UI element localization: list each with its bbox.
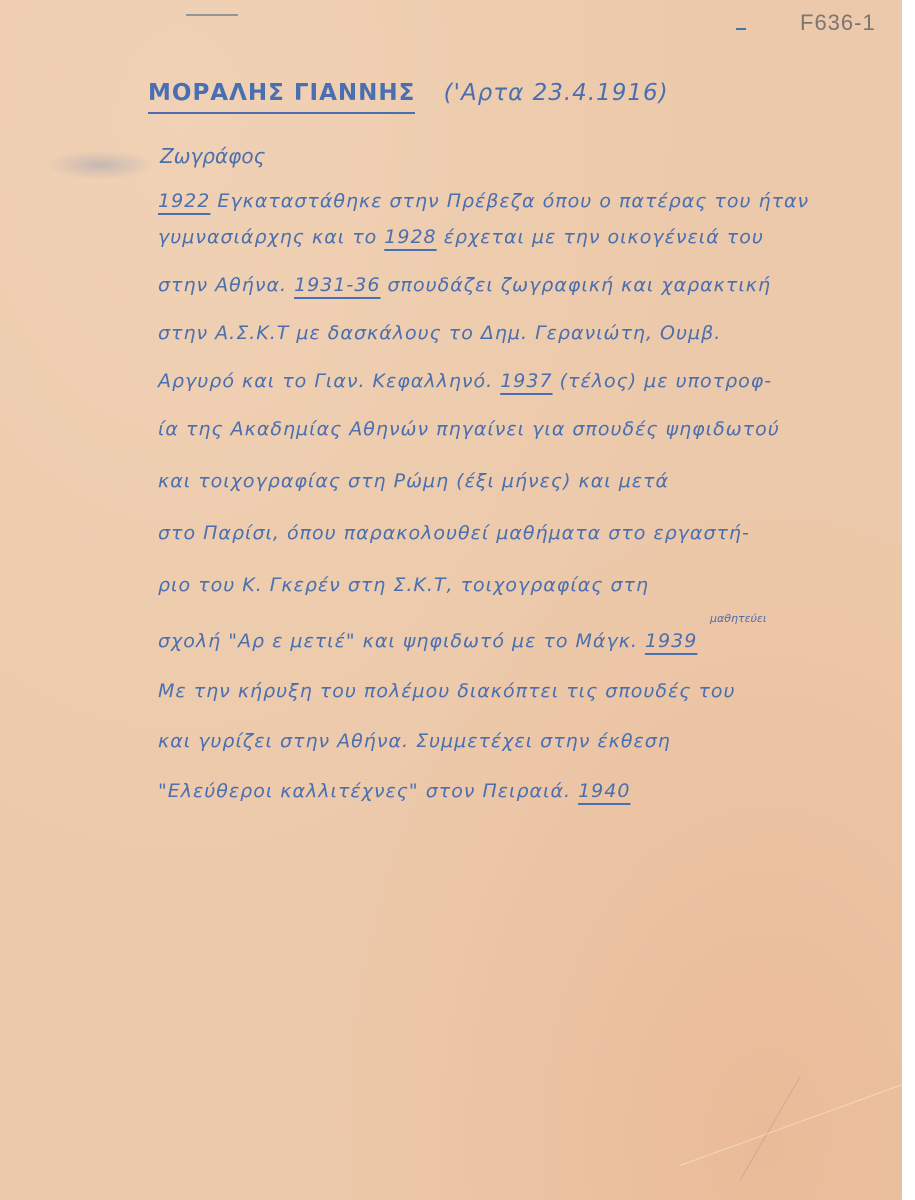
birth-info: ('Αρτα 23.4.1916) <box>444 80 669 106</box>
text-line-11: Με την κήρυξη του πολέμου διακόπτει τις … <box>158 680 736 702</box>
insertion-note: μαθητεύει <box>710 612 767 625</box>
line-text: και τοιχογραφίας στη Ρώμη (έξι μήνες) κα… <box>158 470 669 492</box>
year-marker: 1940 <box>578 780 630 802</box>
pencil-stroke-mark <box>186 14 238 16</box>
year-marker: 1922 <box>158 190 210 212</box>
line-text: Αργυρό και το Γιαν. Κεφαλληνό. <box>158 370 500 392</box>
line-text: σχολή "Αρ ε μετιέ" και ψηφιδωτό με το Μά… <box>158 630 645 652</box>
line-text: γυμνασιάρχης και το <box>158 226 384 248</box>
year-marker: 1939 <box>645 630 697 652</box>
line-text: στην Αθήνα. <box>158 274 294 296</box>
text-line-1: 1922 Εγκαταστάθηκε στην Πρέβεζα όπου ο π… <box>158 190 809 212</box>
line-text: Εγκαταστάθηκε στην Πρέβεζα όπου ο πατέρα… <box>210 190 809 212</box>
document-header: ΜΟΡΑΛΗΣ ΓΙΑΝΝΗΣ ('Αρτα 23.4.1916) <box>148 80 669 106</box>
reference-number: F636-1 <box>800 10 876 36</box>
text-line-6: ία της Ακαδημίας Αθηνών πηγαίνει για σπο… <box>158 418 780 440</box>
person-name: ΜΟΡΑΛΗΣ ΓΙΑΝΝΗΣ <box>148 80 415 114</box>
line-text: και γυρίζει στην Αθήνα. Συμμετέχει στην … <box>158 730 671 752</box>
text-line-7: και τοιχογραφίας στη Ρώμη (έξι μήνες) κα… <box>158 470 669 492</box>
line-text-continued: έρχεται με την οικογένειά του <box>437 226 764 248</box>
text-line-10: σχολή "Αρ ε μετιέ" και ψηφιδωτό με το Μά… <box>158 630 697 652</box>
profession: Ζωγράφος <box>160 144 265 168</box>
text-line-5: Αργυρό και το Γιαν. Κεφαλληνό. 1937 (τέλ… <box>158 370 772 392</box>
text-line-12: και γυρίζει στην Αθήνα. Συμμετέχει στην … <box>158 730 671 752</box>
document-page: F636-1 ΜΟΡΑΛΗΣ ΓΙΑΝΝΗΣ ('Αρτα 23.4.1916)… <box>0 0 902 1200</box>
text-line-4: στην Α.Σ.Κ.Τ με δασκάλους το Δημ. Γερανι… <box>158 322 721 344</box>
line-text: ία της Ακαδημίας Αθηνών πηγαίνει για σπο… <box>158 418 780 440</box>
year-marker: 1931-36 <box>294 274 380 296</box>
text-line-2: γυμνασιάρχης και το 1928 έρχεται με την … <box>158 226 764 248</box>
line-text: στην Α.Σ.Κ.Τ με δασκάλους το Δημ. Γερανι… <box>158 322 721 344</box>
paper-crease <box>680 1076 915 1166</box>
ink-dash-mark <box>736 28 746 30</box>
year-marker: 1928 <box>384 226 436 248</box>
line-text: ριο του Κ. Γκερέν στη Σ.Κ.Τ, τοιχογραφία… <box>158 574 649 596</box>
text-line-9: ριο του Κ. Γκερέν στη Σ.Κ.Τ, τοιχογραφία… <box>158 574 649 596</box>
text-line-13: "Ελεύθεροι καλλιτέχνες" στον Πειραιά. 19… <box>158 780 630 802</box>
line-text: "Ελεύθεροι καλλιτέχνες" στον Πειραιά. <box>158 780 578 802</box>
text-line-3: στην Αθήνα. 1931-36 σπουδάζει ζωγραφική … <box>158 274 771 296</box>
year-marker: 1937 <box>500 370 552 392</box>
line-text: στο Παρίσι, όπου παρακολουθεί μαθήματα σ… <box>158 522 750 544</box>
text-line-8: στο Παρίσι, όπου παρακολουθεί μαθήματα σ… <box>158 522 750 544</box>
pencil-stray-mark <box>740 1076 801 1180</box>
ink-smudge <box>45 150 155 180</box>
line-text-continued: σπουδάζει ζωγραφική και χαρακτική <box>380 274 771 296</box>
line-text: Με την κήρυξη του πολέμου διακόπτει τις … <box>158 680 736 702</box>
line-text-continued: (τέλος) με υποτροφ- <box>553 370 773 392</box>
